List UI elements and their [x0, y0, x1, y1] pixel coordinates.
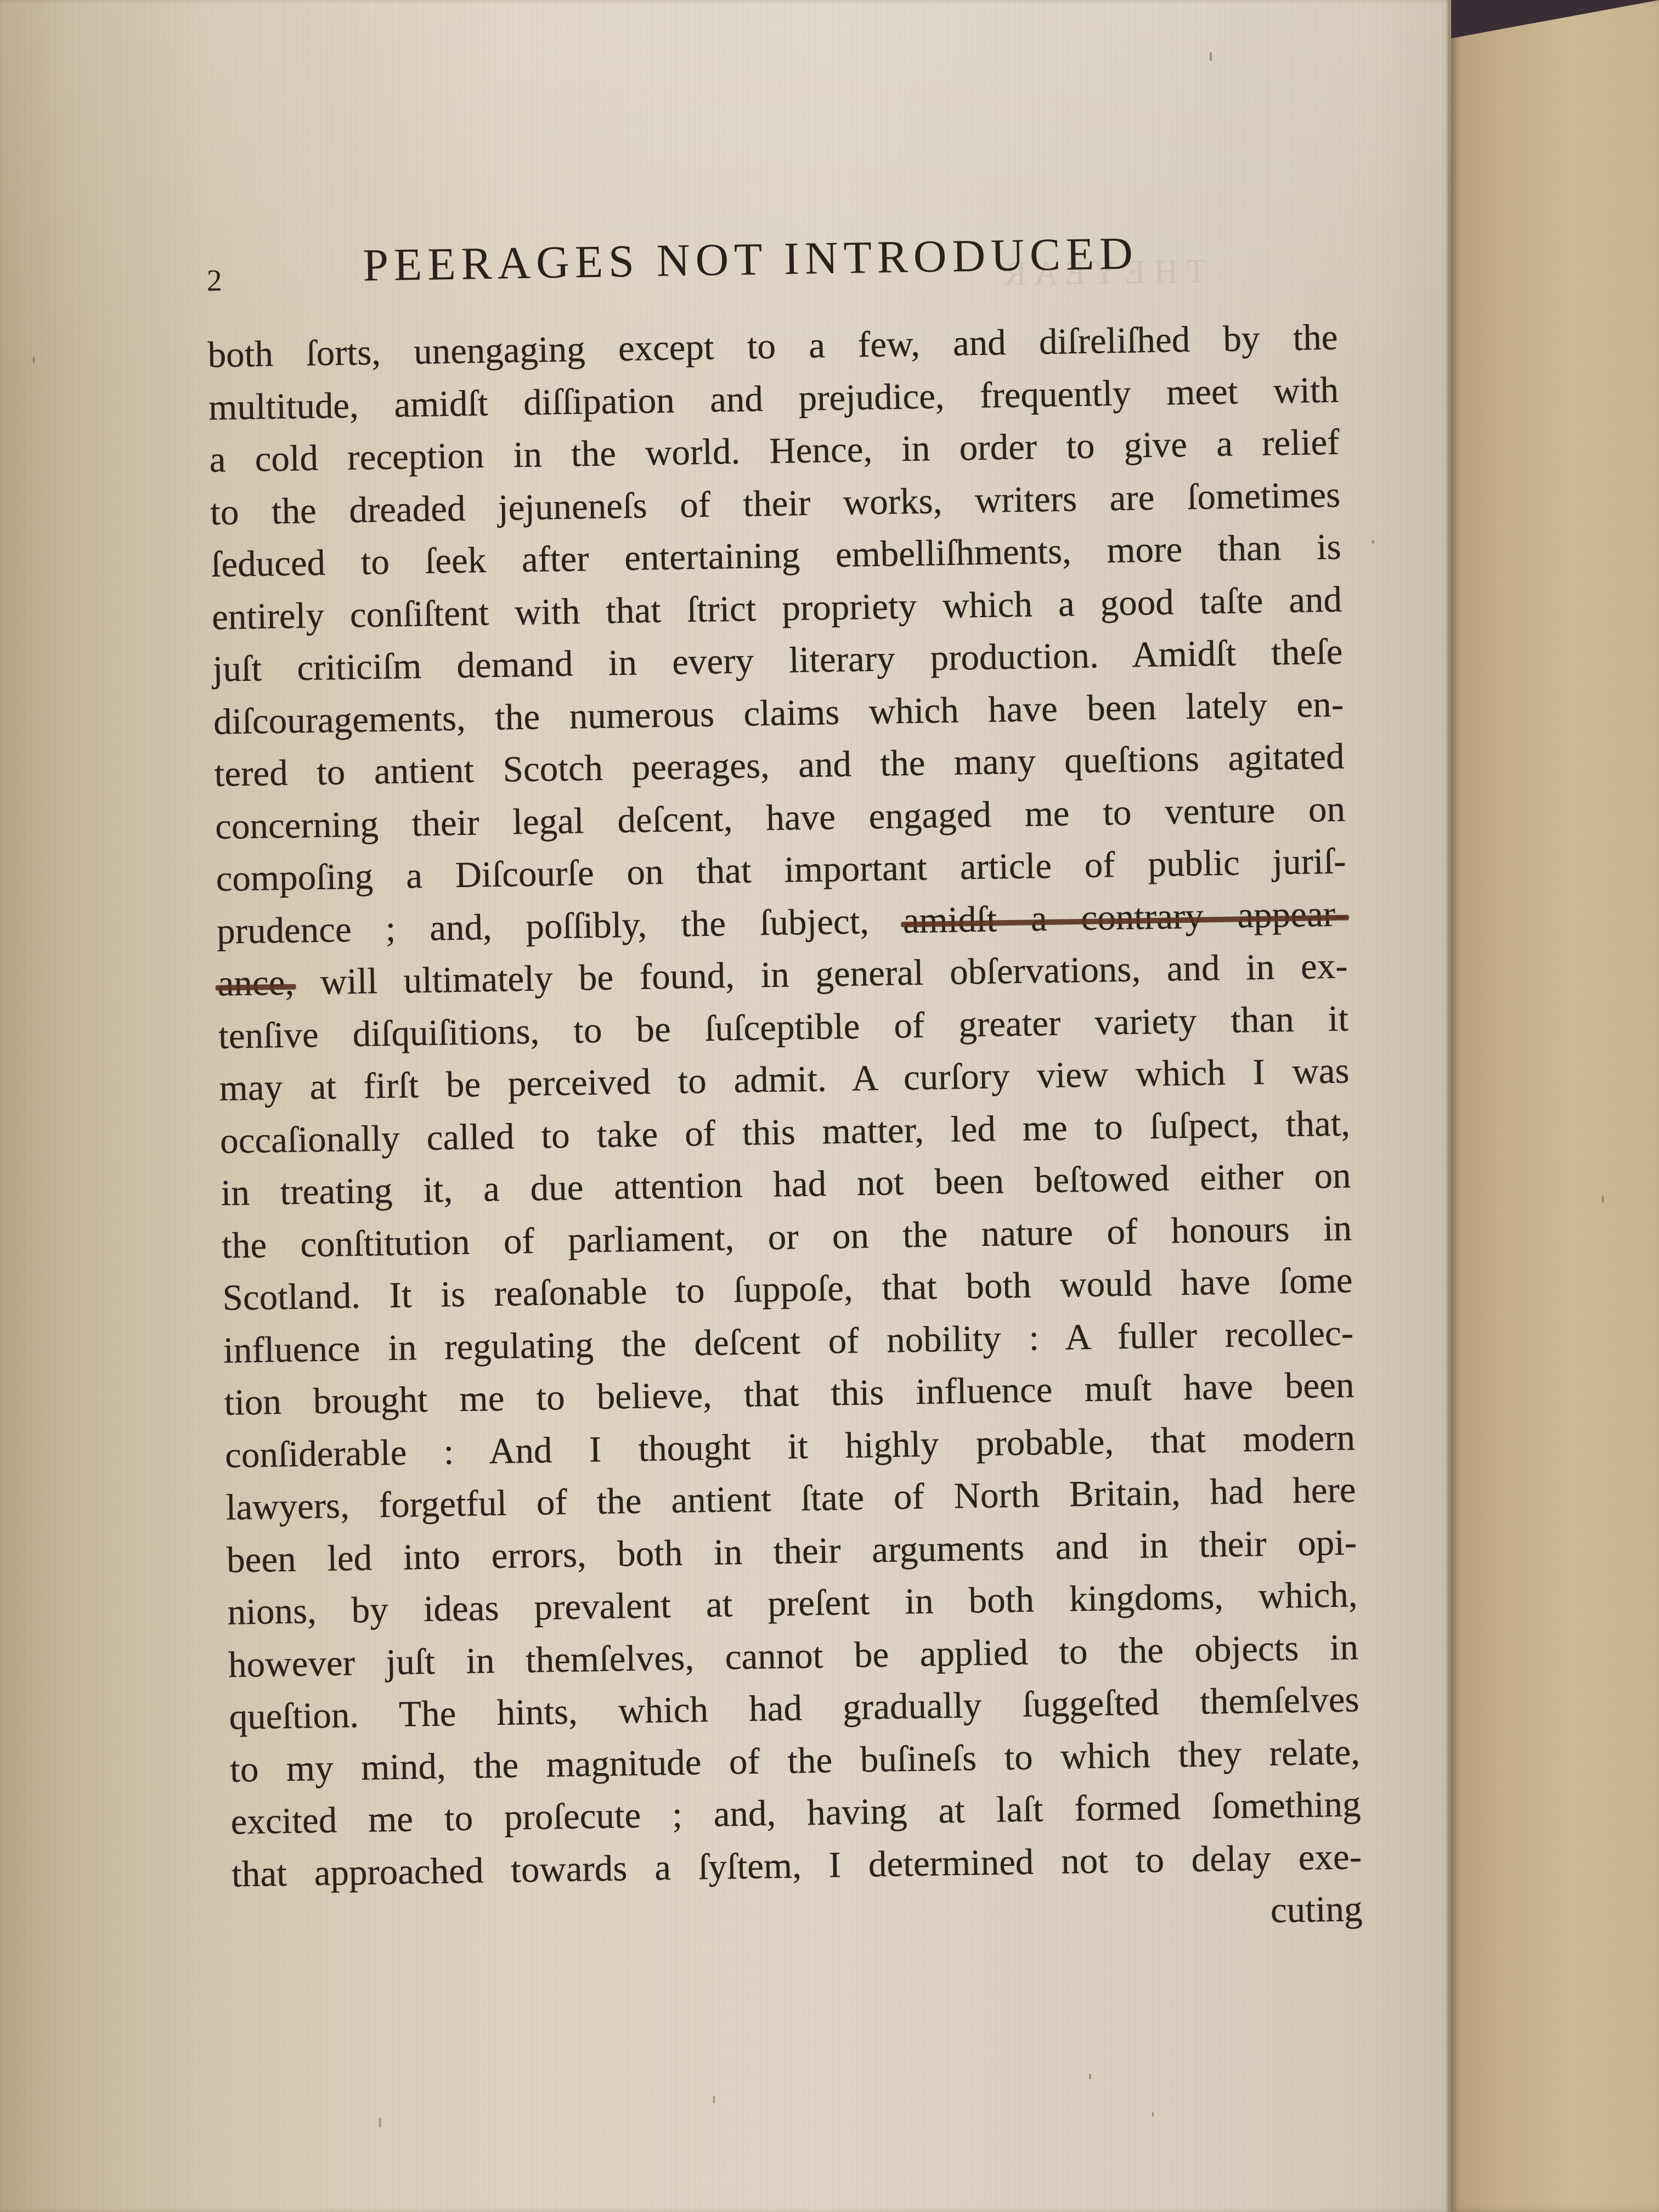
line-text-before: prudence ; and, poſſibly, the ſubject,	[217, 900, 904, 952]
book-page: T H E Y E A R 2 PEERAGES NOT INTRODUCED …	[0, 0, 1451, 2212]
line-text-after: will ultimately be found, in general obſ…	[294, 945, 1348, 1002]
running-head-title: PEERAGES NOT INTRODUCED	[362, 227, 1138, 292]
printed-text-block: 2 PEERAGES NOT INTRODUCED both ſorts, un…	[206, 207, 1363, 1953]
strikethrough-annotation: amidſt a contrary appear-	[902, 893, 1347, 941]
body-paragraph: both ſorts, unengaging except to a few, …	[207, 312, 1363, 1953]
running-head: 2 PEERAGES NOT INTRODUCED	[206, 207, 1337, 307]
page-edge	[1446, 0, 1453, 2212]
adjacent-page	[1451, 0, 1659, 2212]
strikethrough-annotation: ance,	[217, 962, 295, 1004]
page-number: 2	[206, 263, 223, 298]
photo-scene: T H E Y E A R 2 PEERAGES NOT INTRODUCED …	[0, 0, 1659, 2212]
